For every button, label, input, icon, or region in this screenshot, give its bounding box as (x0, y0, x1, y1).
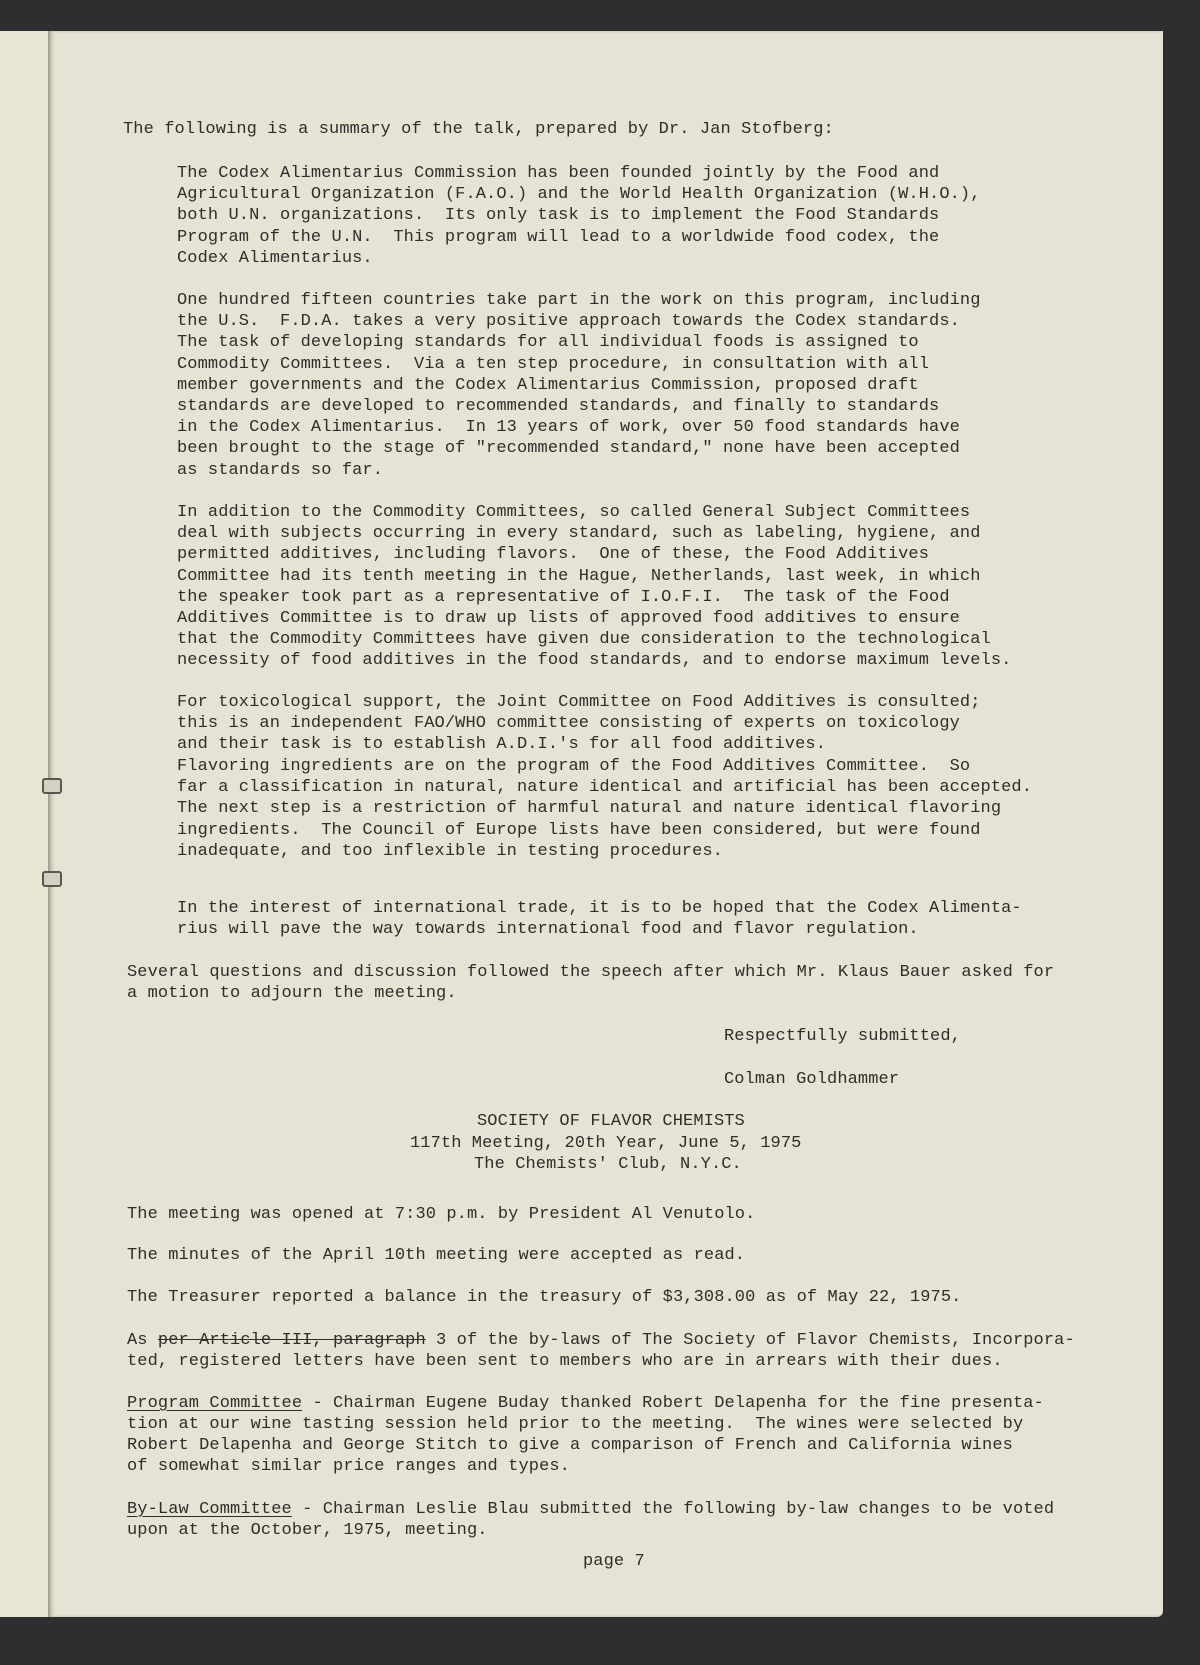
program-committee-line-1: Program Committee - Chairman Eugene Buda… (127, 1393, 1044, 1414)
summary-paragraph-1-line: The Codex Alimentarius Commission has be… (177, 163, 939, 184)
facing-page-edge (0, 31, 50, 1617)
bylaw-committee-line-2: upon at the October, 1975, meeting. (127, 1520, 488, 1541)
summary-paragraph-2-line: as standards so far. (177, 460, 383, 481)
summary-intro: The following is a summary of the talk, … (123, 119, 834, 140)
signer-name: Colman Goldhammer (724, 1069, 899, 1090)
bylaw-committee-line-1: By-Law Committee - Chairman Leslie Blau … (127, 1499, 1054, 1520)
summary-paragraph-5-line: ingredients. The Council of Europe lists… (177, 820, 981, 841)
venue-heading: The Chemists' Club, N.Y.C. (474, 1154, 742, 1175)
bylaw-committee-label: By-Law Committee (127, 1500, 292, 1519)
summary-paragraph-2-line: in the Codex Alimentarius. In 13 years o… (177, 417, 960, 438)
summary-paragraph-2-line: One hundred fifteen countries take part … (177, 290, 981, 311)
summary-paragraph-1-line: both U.N. organizations. Its only task i… (177, 205, 939, 226)
arrears-line-1: As per Article III, paragraph 3 of the b… (127, 1330, 1075, 1351)
summary-paragraph-4-line: and their task is to establish A.D.I.'s … (177, 734, 826, 755)
summary-paragraph-5-line: inadequate, and too inflexible in testin… (177, 841, 723, 862)
summary-paragraph-5-line: Flavoring ingredients are on the program… (177, 756, 970, 777)
summary-paragraph-4-line: For toxicological support, the Joint Com… (177, 692, 981, 713)
summary-paragraph-2-line: Commodity Committees. Via a ten step pro… (177, 354, 929, 375)
summary-paragraph-3-line: Additives Committee is to draw up lists … (177, 608, 960, 629)
closing-line-1: Several questions and discussion followe… (127, 962, 1054, 983)
closing-line-2: a motion to adjourn the meeting. (127, 983, 457, 1004)
summary-paragraph-3-line: that the Commodity Committees have given… (177, 629, 991, 650)
page-number: page 7 (583, 1551, 645, 1572)
bylaw-committee-text: - Chairman Leslie Blau submitted the fol… (292, 1500, 1054, 1519)
summary-paragraph-1-line: Agricultural Organization (F.A.O.) and t… (177, 184, 981, 205)
summary-paragraph-3-line: Committee had its tenth meeting in the H… (177, 566, 981, 587)
summary-paragraph-1-line: Codex Alimentarius. (177, 248, 373, 269)
program-committee-label: Program Committee (127, 1394, 302, 1413)
program-committee-text: - Chairman Eugene Buday thanked Robert D… (302, 1394, 1044, 1413)
summary-paragraph-1-line: Program of the U.N. This program will le… (177, 227, 939, 248)
meeting-heading: 117th Meeting, 20th Year, June 5, 1975 (410, 1133, 801, 1154)
summary-paragraph-2-line: member governments and the Codex Aliment… (177, 375, 919, 396)
program-committee-line-2: tion at our wine tasting session held pr… (127, 1414, 1023, 1435)
staple-bottom (42, 871, 62, 887)
summary-paragraph-2-line: The task of developing standards for all… (177, 332, 919, 353)
arrears-line-2: ted, registered letters have been sent t… (127, 1351, 1003, 1372)
summary-paragraph-3-line: In addition to the Commodity Committees,… (177, 502, 970, 523)
summary-paragraph-3-line: deal with subjects occurring in every st… (177, 523, 981, 544)
summary-paragraph-3-line: permitted additives, including flavors. … (177, 544, 929, 565)
summary-paragraph-6-line: rius will pave the way towards internati… (177, 919, 919, 940)
treasurer-report: The Treasurer reported a balance in the … (127, 1287, 961, 1308)
program-committee-line-3: Robert Delapenha and George Stitch to gi… (127, 1435, 1013, 1456)
summary-paragraph-5-line: The next step is a restriction of harmfu… (177, 798, 1001, 819)
program-committee-line-4: of somewhat similar price ranges and typ… (127, 1456, 570, 1477)
summary-paragraph-2-line: standards are developed to recommended s… (177, 396, 939, 417)
summary-paragraph-2-line: been brought to the stage of "recommende… (177, 438, 960, 459)
summary-paragraph-5-line: far a classification in natural, nature … (177, 777, 1032, 798)
summary-paragraph-2-line: the U.S. F.D.A. takes a very positive ap… (177, 311, 960, 332)
arrears-prefix: As (127, 1331, 158, 1350)
org-heading: SOCIETY OF FLAVOR CHEMISTS (477, 1111, 745, 1132)
staple-top (42, 778, 62, 794)
minutes-accepted: The minutes of the April 10th meeting we… (127, 1245, 745, 1266)
summary-paragraph-6-line: In the interest of international trade, … (177, 898, 1022, 919)
arrears-struck-text: per Article III, paragraph (158, 1331, 426, 1350)
signoff: Respectfully submitted, (724, 1026, 961, 1047)
arrears-rest: 3 of the by-laws of The Society of Flavo… (426, 1331, 1075, 1350)
summary-paragraph-4-line: this is an independent FAO/WHO committee… (177, 713, 960, 734)
summary-paragraph-3-line: the speaker took part as a representativ… (177, 587, 950, 608)
summary-paragraph-3-line: necessity of food additives in the food … (177, 650, 1011, 671)
minutes-opened: The meeting was opened at 7:30 p.m. by P… (127, 1204, 755, 1225)
